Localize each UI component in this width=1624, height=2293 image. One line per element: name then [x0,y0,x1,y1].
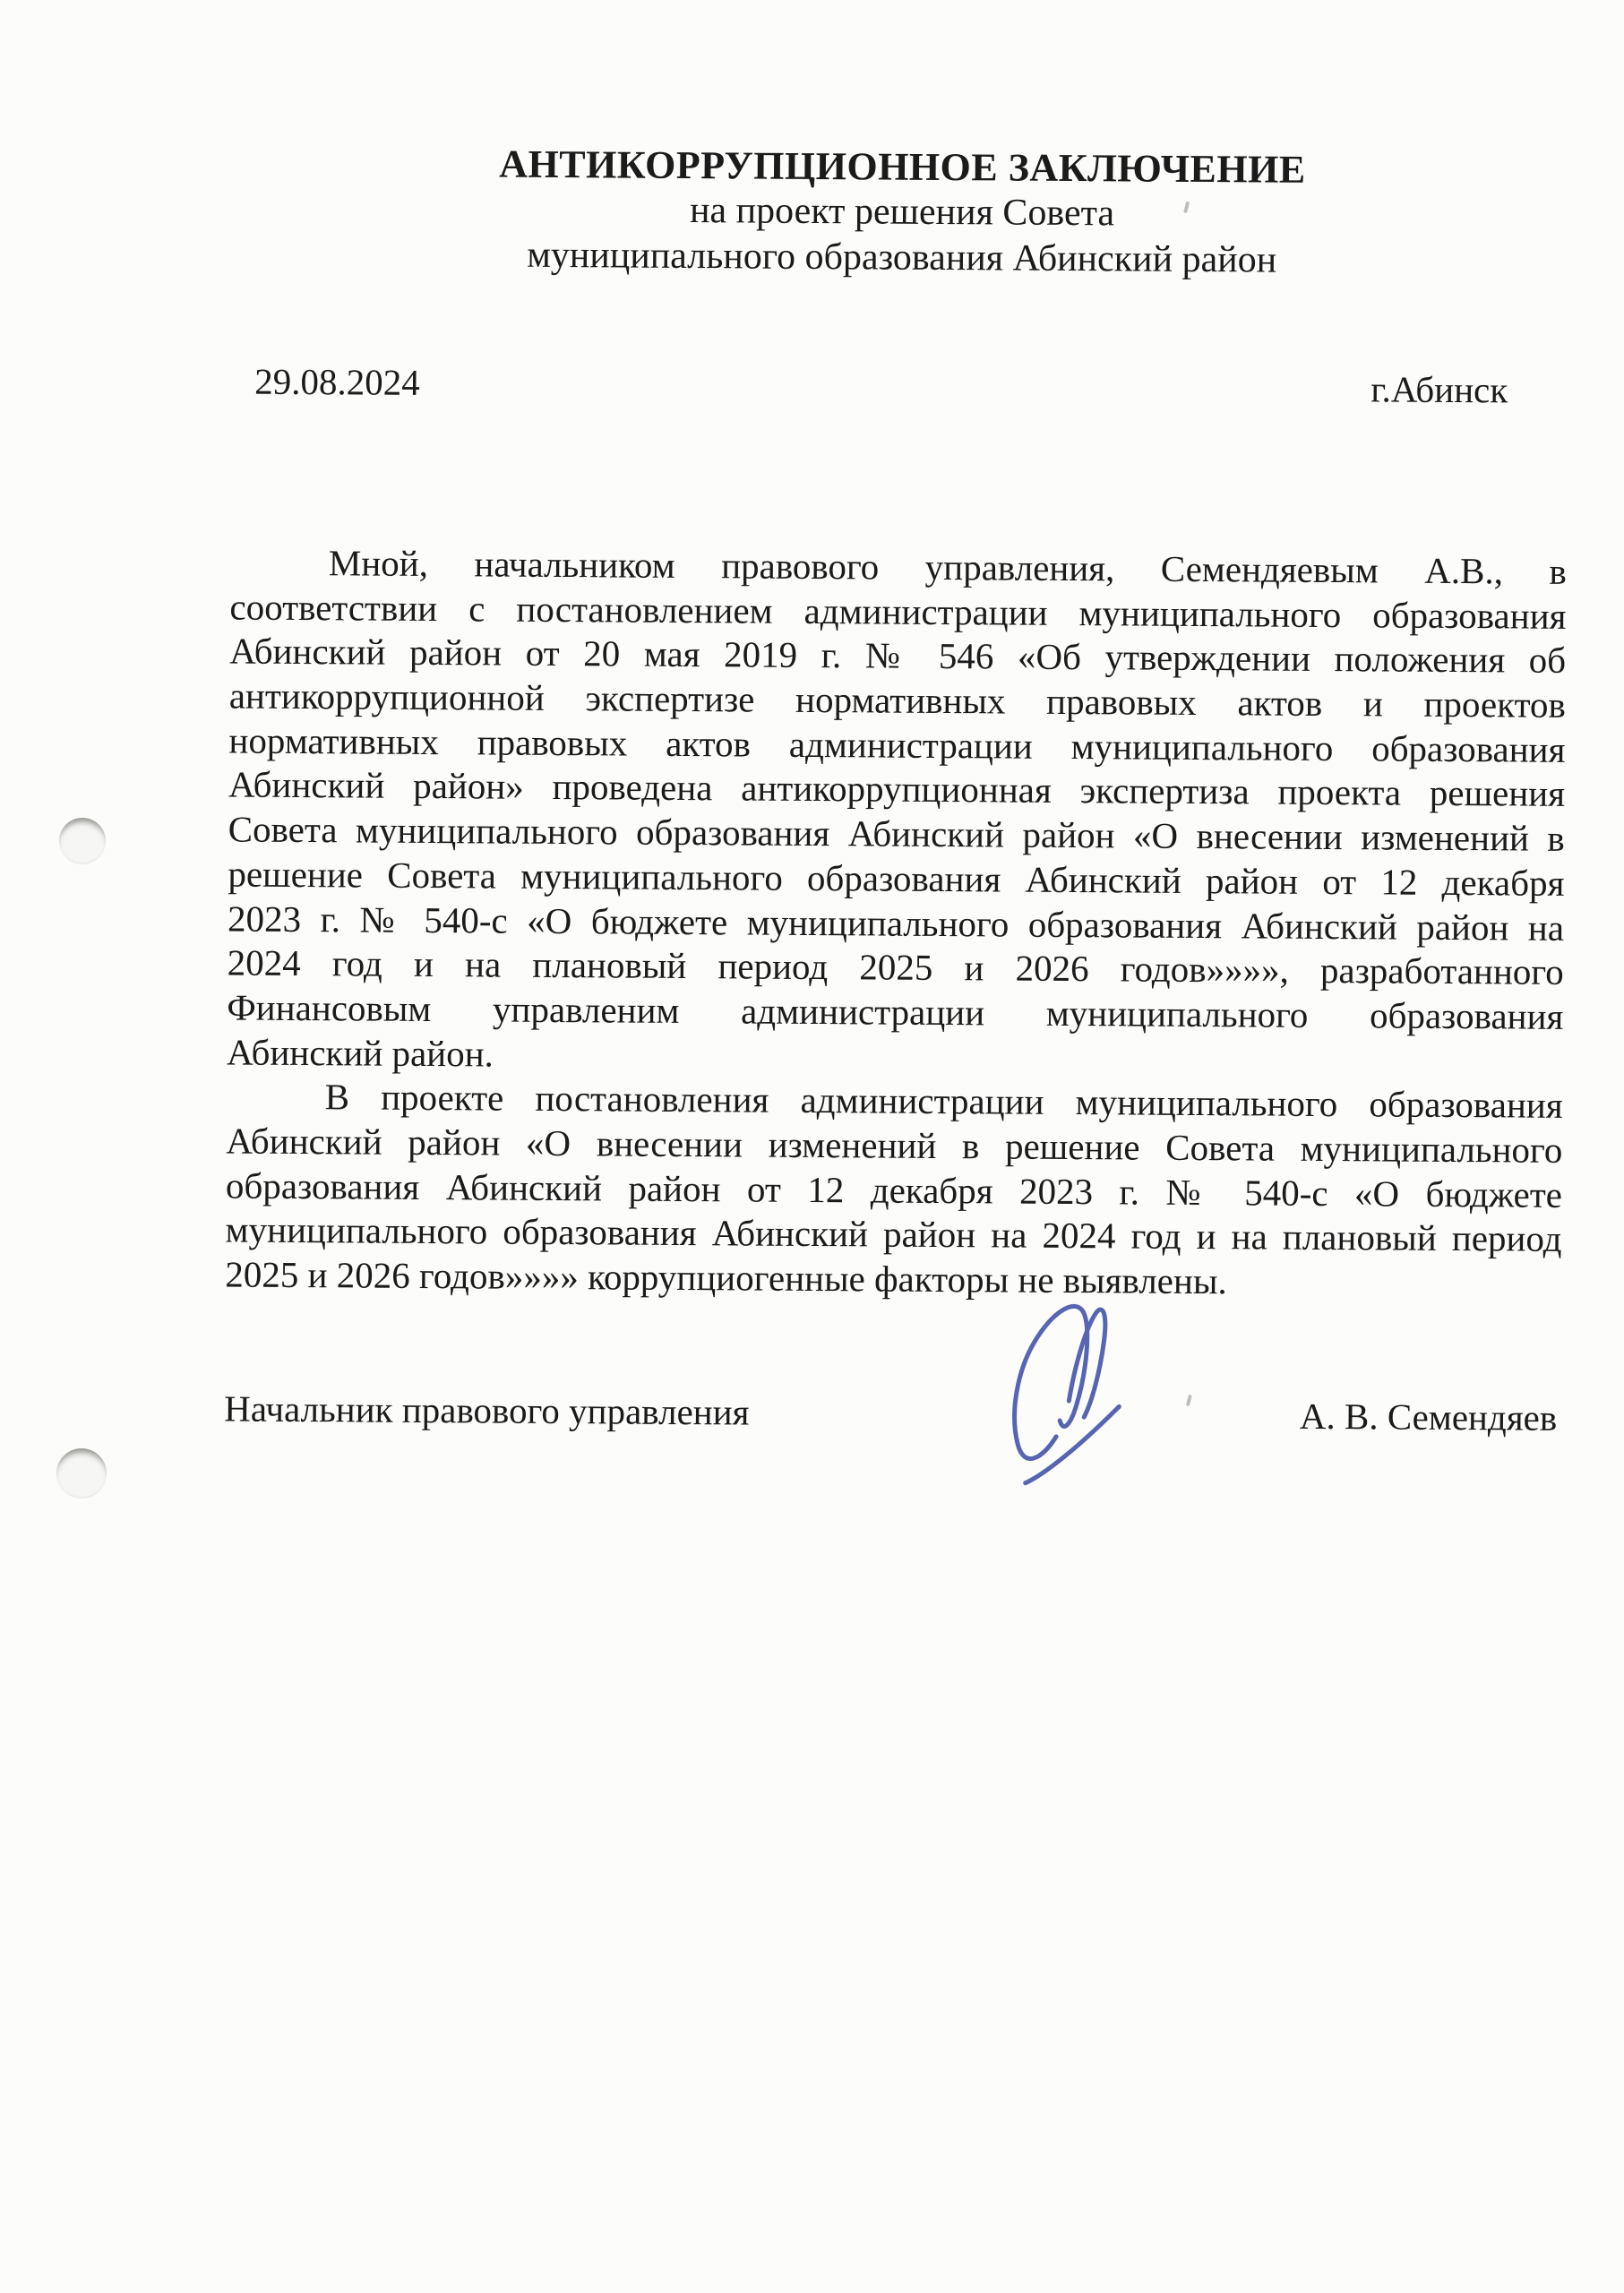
signer-name: А. В. Семендяев [1300,1395,1558,1439]
paragraph-2: В проекте постановления администрации му… [225,1075,1563,1307]
paragraph-1: Мной, начальником правового управления, … [227,540,1567,1084]
title-line-entity: муниципального образования Абинский райо… [232,230,1571,285]
signature-ink [980,1282,1152,1516]
signature-row: Начальник правового управления А. В. Сем… [224,1386,1560,1439]
document-date: 29.08.2024 [254,360,420,404]
text-line: 2025 и 2026 годов»»»» коррупциогенные фа… [225,1252,1561,1306]
scanned-document-page: АНТИКОРРУПЦИОННОЕ ЗАКЛЮЧЕНИЕ на проект р… [0,0,1624,2293]
signer-position: Начальник правового управления [224,1387,750,1433]
body-text: Мной, начальником правового управления, … [225,540,1567,1306]
date-place-row: 29.08.2024 г.Абинск [231,358,1570,412]
document-city: г.Абинск [1371,367,1508,411]
document-title: АНТИКОРРУПЦИОННОЕ ЗАКЛЮЧЕНИЕ на проект р… [232,139,1572,285]
printed-content: АНТИКОРРУПЦИОННОЕ ЗАКЛЮЧЕНИЕ на проект р… [0,0,1624,2293]
